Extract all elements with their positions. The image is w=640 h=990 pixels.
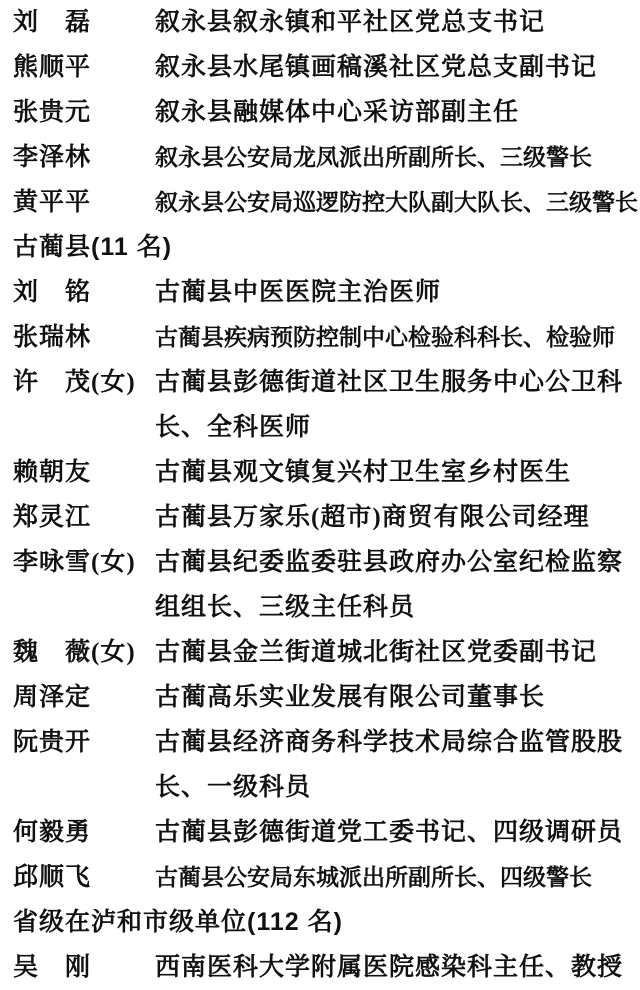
name-list: 刘 磊 叙永县叙永镇和平社区党总支书记 熊顺平 叙永县水尾镇画稿溪社区党总支副书… [13, 0, 640, 990]
person-name: 邱顺飞 [13, 855, 155, 900]
person-name: 许 茂(女) [13, 360, 155, 405]
person-position: 古蔺县观文镇复兴村卫生室乡村医生 [155, 450, 639, 495]
person-position: 古蔺县纪委监委驻县政府办公室纪检监察组组长、三级主任科员 [155, 540, 639, 630]
section-header: 古蔺县(11 名) [13, 225, 640, 270]
section-header: 省级在泸和市级单位(112 名) [13, 900, 640, 945]
section-header-label: 古蔺县(11 名) [13, 233, 172, 261]
person-position: 古蔺县万家乐(超市)商贸有限公司经理 [155, 495, 639, 540]
list-item: 魏 薇(女) 古蔺县金兰街道城北街社区党委副书记 [13, 630, 640, 675]
section-header-label: 省级在泸和市级单位(112 名) [13, 908, 343, 936]
list-item: 周泽定 古蔺高乐实业发展有限公司董事长 [13, 675, 640, 720]
list-item: 李咏雪(女) 古蔺县纪委监委驻县政府办公室纪检监察组组长、三级主任科员 [13, 540, 640, 630]
list-item: 郑灵江 古蔺县万家乐(超市)商贸有限公司经理 [13, 495, 640, 540]
person-name: 李咏雪(女) [13, 540, 155, 585]
person-name: 李泽林 [13, 135, 155, 180]
person-name: 周泽定 [13, 675, 155, 720]
person-position: 古蔺县彭德街道党工委书记、四级调研员 [155, 810, 639, 855]
person-name: 何毅勇 [13, 810, 155, 855]
person-position: 叙永县公安局巡逻防控大队副大队长、三级警长 [155, 180, 639, 225]
list-item: 吴 刚 西南医科大学附属医院感染科主任、教授 [13, 945, 640, 990]
person-name: 吴 刚 [13, 945, 155, 990]
person-name: 张瑞林 [13, 315, 155, 360]
person-position: 古蔺县公安局东城派出所副所长、四级警长 [155, 855, 639, 900]
list-item: 刘 磊 叙永县叙永镇和平社区党总支书记 [13, 0, 640, 45]
list-item: 何毅勇 古蔺县彭德街道党工委书记、四级调研员 [13, 810, 640, 855]
list-item: 赖朝友 古蔺县观文镇复兴村卫生室乡村医生 [13, 450, 640, 495]
person-position: 叙永县公安局龙凤派出所副所长、三级警长 [155, 135, 639, 180]
person-position: 古蔺县中医医院主治医师 [155, 270, 639, 315]
list-item: 阮贵开 古蔺县经济商务科学技术局综合监管股股长、一级科员 [13, 720, 640, 810]
list-item: 张贵元 叙永县融媒体中心采访部副主任 [13, 90, 640, 135]
person-name: 熊顺平 [13, 45, 155, 90]
list-item: 熊顺平 叙永县水尾镇画稿溪社区党总支副书记 [13, 45, 640, 90]
person-name: 郑灵江 [13, 495, 155, 540]
person-name: 阮贵开 [13, 720, 155, 765]
list-item: 刘 铭 古蔺县中医医院主治医师 [13, 270, 640, 315]
person-name: 赖朝友 [13, 450, 155, 495]
list-item: 许 茂(女) 古蔺县彭德街道社区卫生服务中心公卫科长、全科医师 [13, 360, 640, 450]
person-name: 刘 铭 [13, 270, 155, 315]
person-position: 叙永县融媒体中心采访部副主任 [155, 90, 639, 135]
list-item: 黄平平 叙永县公安局巡逻防控大队副大队长、三级警长 [13, 180, 640, 225]
list-item: 邱顺飞 古蔺县公安局东城派出所副所长、四级警长 [13, 855, 640, 900]
person-position: 古蔺县金兰街道城北街社区党委副书记 [155, 630, 639, 675]
person-position: 西南医科大学附属医院感染科主任、教授 [155, 945, 639, 990]
person-name: 黄平平 [13, 180, 155, 225]
person-position: 叙永县水尾镇画稿溪社区党总支副书记 [155, 45, 639, 90]
person-name: 魏 薇(女) [13, 630, 155, 675]
list-item: 张瑞林 古蔺县疾病预防控制中心检验科科长、检验师 [13, 315, 640, 360]
person-position: 古蔺高乐实业发展有限公司董事长 [155, 675, 639, 720]
person-name: 张贵元 [13, 90, 155, 135]
person-position: 叙永县叙永镇和平社区党总支书记 [155, 0, 639, 45]
person-position: 古蔺县疾病预防控制中心检验科科长、检验师 [155, 315, 639, 360]
person-position: 古蔺县经济商务科学技术局综合监管股股长、一级科员 [155, 720, 639, 810]
list-item: 李泽林 叙永县公安局龙凤派出所副所长、三级警长 [13, 135, 640, 180]
person-name: 刘 磊 [13, 0, 155, 45]
person-position: 古蔺县彭德街道社区卫生服务中心公卫科长、全科医师 [155, 360, 639, 450]
commendation-list-page: 刘 磊 叙永县叙永镇和平社区党总支书记 熊顺平 叙永县水尾镇画稿溪社区党总支副书… [0, 0, 640, 990]
